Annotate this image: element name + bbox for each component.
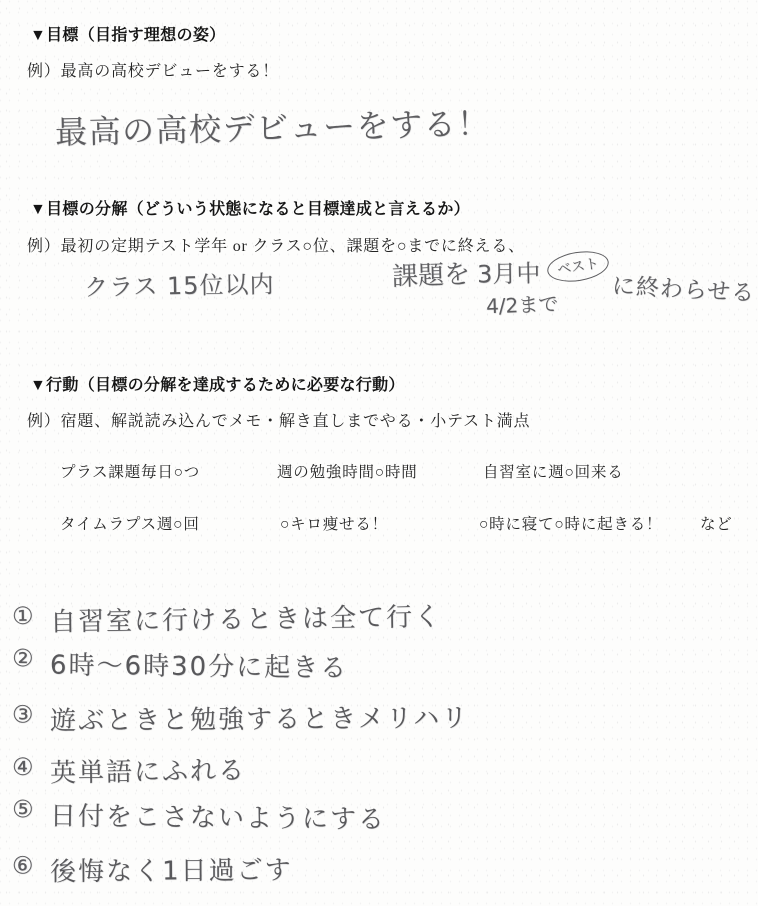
handwritten-deadline-main: 3月中: [477, 253, 541, 289]
circled-number-3: ③: [12, 700, 50, 728]
action-option-plus-assignments: プラス課題毎日○つ: [60, 460, 200, 482]
section-breakdown-example: 例）最初の定期テスト学年 or クラス○位、課題を○までに終える、: [27, 233, 525, 256]
action-option-sleep-wake: ○時に寝て○時に起きる！: [479, 512, 662, 534]
action-item-3-text: 遊ぶときと勉強するときメリハリ: [50, 697, 469, 737]
action-item-4: ④ 英単語にふれる: [12, 743, 752, 790]
handwritten-circled-best-note: ベスト: [545, 247, 611, 285]
action-item-6: ⑥ 後悔なく1日過ごす: [12, 846, 752, 888]
action-option-lose-weight: ○キロ痩せる！: [280, 512, 388, 534]
action-item-6-text: 後悔なく1日過ごす: [50, 850, 293, 889]
action-item-3: ③ 遊ぶときと勉強するときメリハリ: [12, 695, 752, 737]
action-item-1: ① 自習室に行けるときは全て行く: [12, 592, 752, 639]
circled-number-1: ①: [12, 602, 50, 631]
action-option-study-room-visits: 自習室に週○回来る: [483, 460, 624, 482]
circled-number-6: ⑥: [12, 851, 50, 879]
handwritten-deadline-sub: 4/2まで: [486, 288, 559, 320]
etc-label: など: [700, 512, 733, 534]
handwritten-assignment: 課題を: [391, 254, 470, 294]
handwritten-finish: に終わらせる: [611, 267, 756, 307]
action-option-weekly-study-hours: 週の勉強時間○時間: [277, 460, 418, 482]
handwritten-class-rank: クラス 15位以内: [84, 264, 275, 302]
action-item-5: ⑤ 日付をこさないようにする: [12, 795, 752, 840]
action-option-timelapse: タイムラプス週○回: [60, 512, 200, 534]
worksheet-page: ▼目標（目指す理想の姿） 例）最高の高校デビューをする！ 最高の高校デビューをす…: [0, 0, 758, 906]
circled-number-2: ②: [12, 644, 50, 672]
circled-number-4: ④: [12, 753, 50, 782]
section-breakdown-heading: ▼目標の分解（どういう状態になると目標達成と言えるか）: [30, 196, 470, 219]
section-goal-heading: ▼目標（目指す理想の姿）: [30, 22, 225, 45]
action-item-5-text: 日付をこさないようにする: [50, 796, 386, 837]
section-action-heading: ▼行動（目標の分解を達成するために必要な行動）: [30, 372, 405, 395]
section-action-example: 例）宿題、解説読み込んでメモ・解き直しまでやる・小テスト満点: [27, 408, 530, 431]
action-item-4-text: 英単語にふれる: [50, 750, 247, 790]
circled-number-5: ⑤: [12, 795, 50, 823]
action-item-2: ② 6時〜6時30分に起きる: [12, 644, 752, 689]
handwritten-goal: 最高の高校デビューをする！: [55, 98, 491, 153]
action-item-2-text: 6時〜6時30分に起きる: [50, 645, 349, 685]
action-item-1-text: 自習室に行けるときは全て行く: [50, 596, 442, 638]
section-goal-example: 例）最高の高校デビューをする！: [27, 58, 279, 81]
